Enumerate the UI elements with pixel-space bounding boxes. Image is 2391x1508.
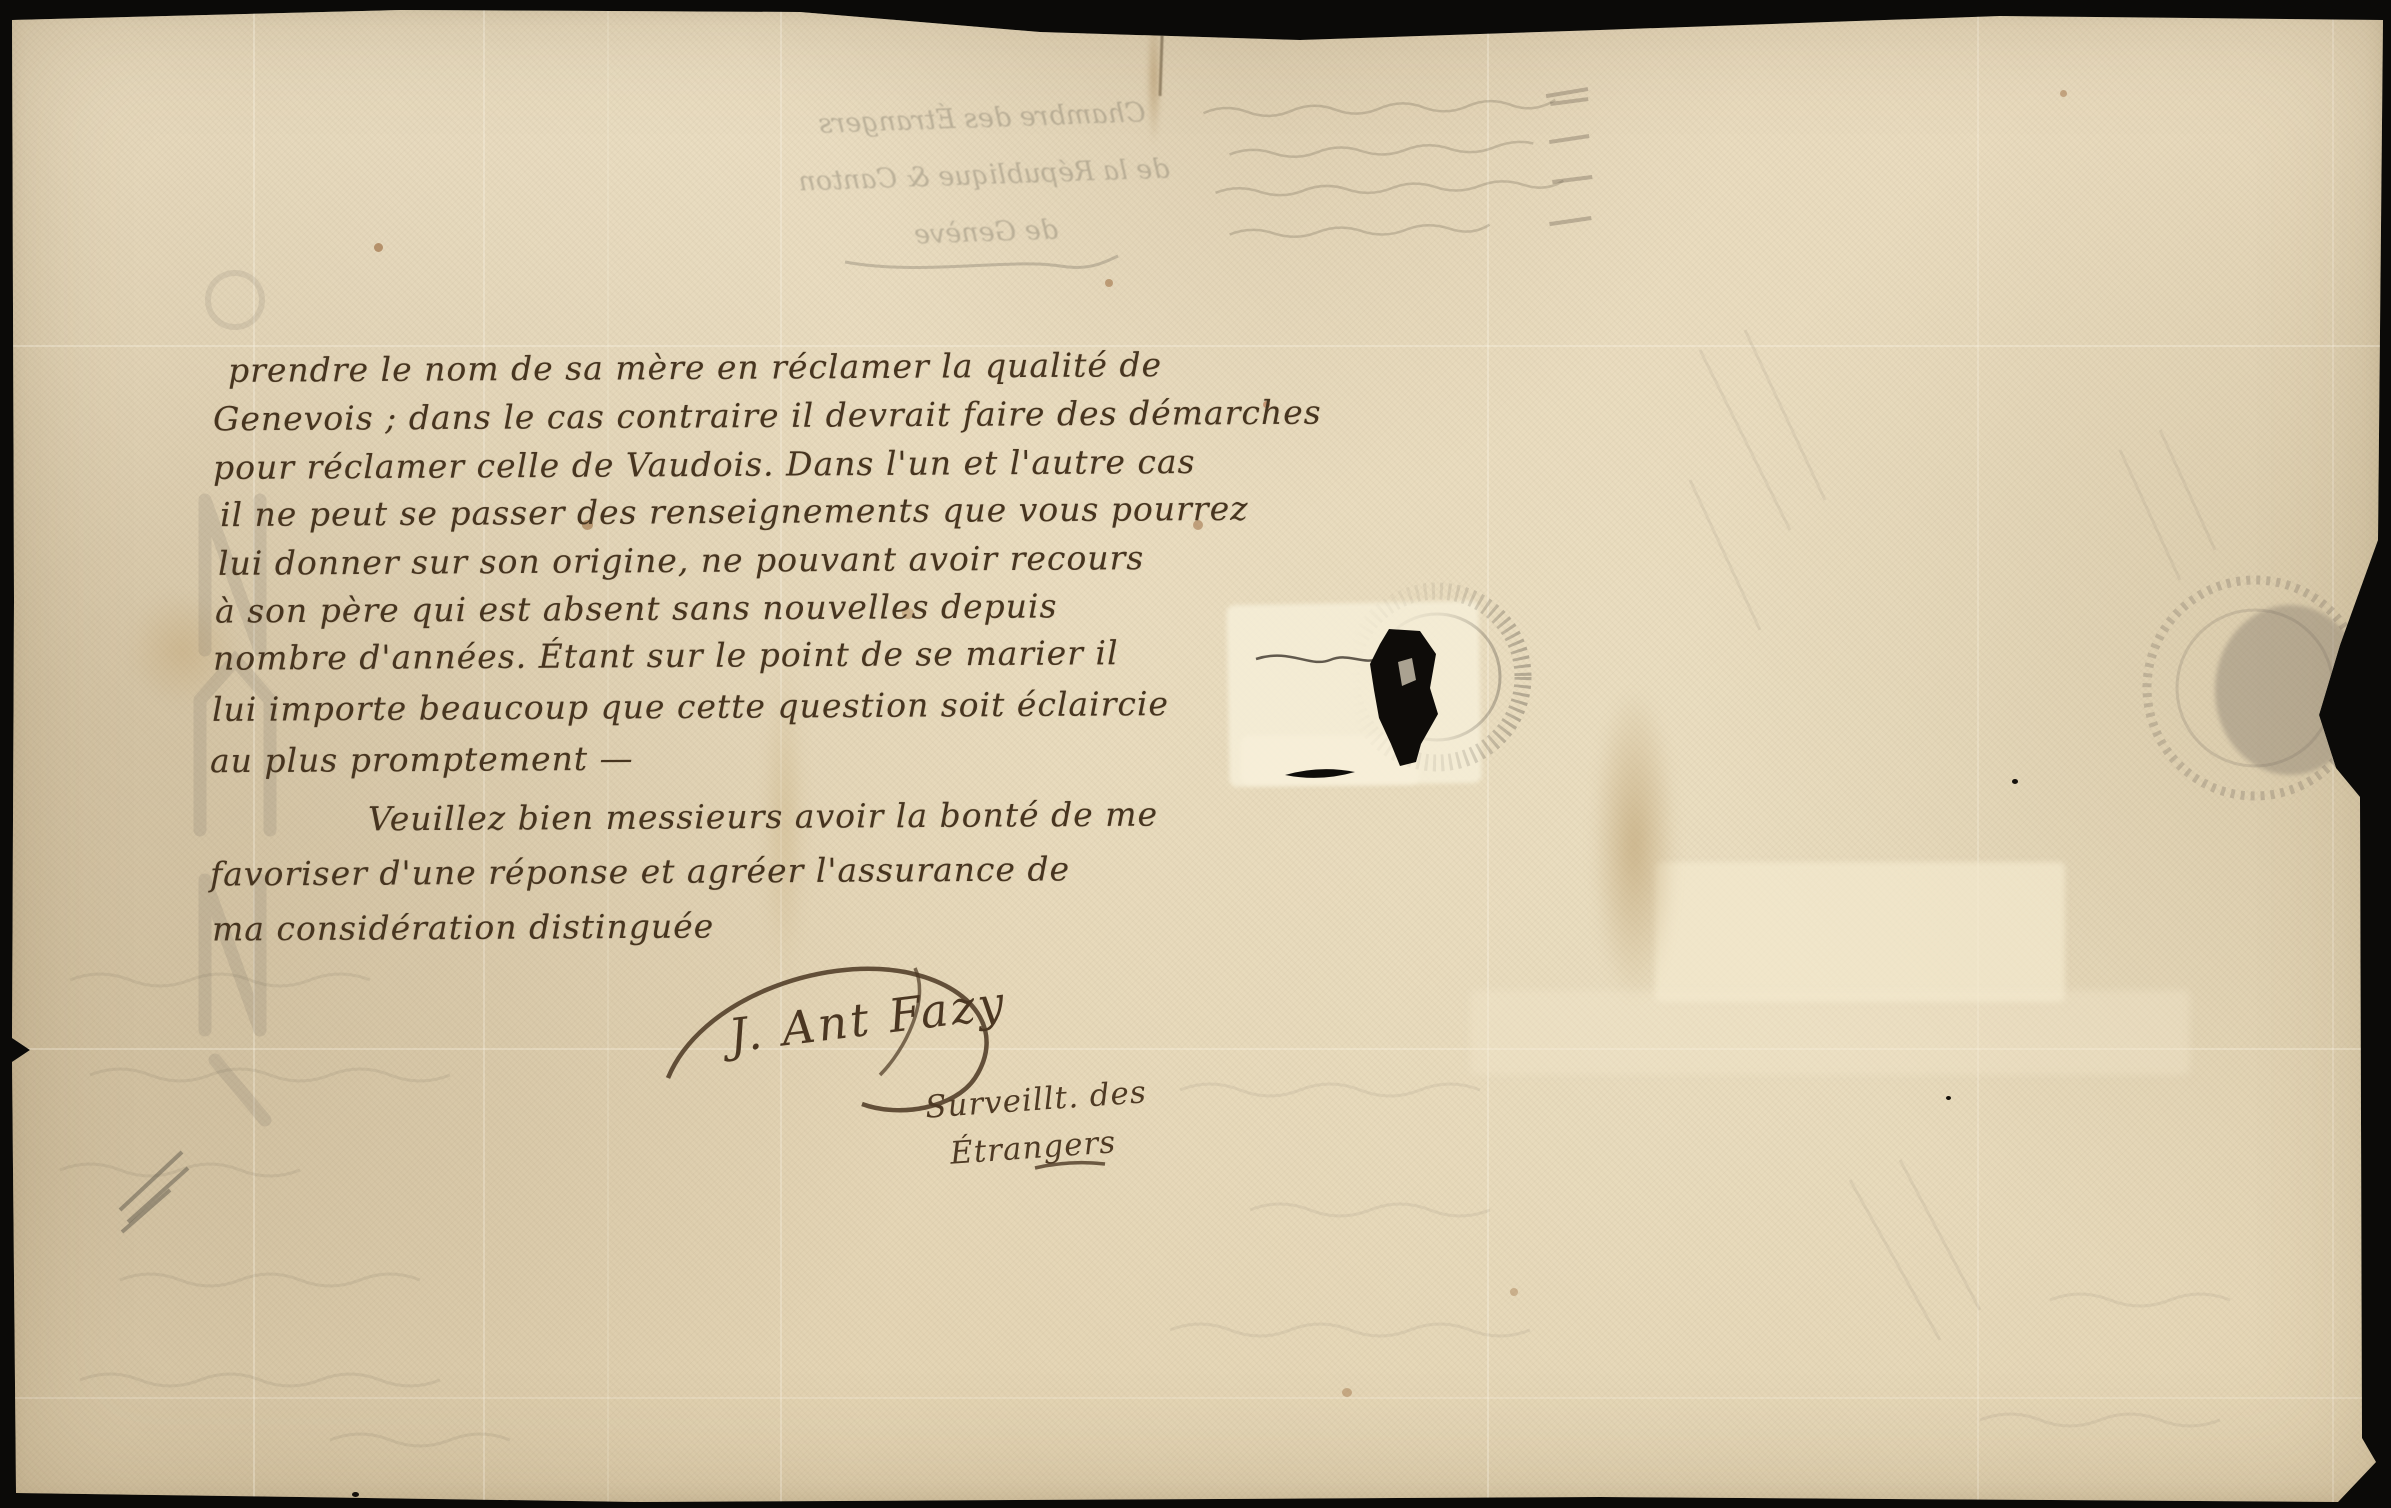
- black-ink-blob: [1370, 629, 1438, 766]
- bleed-scribble-line: [330, 1434, 510, 1446]
- fold-line-horizontal: [0, 345, 2391, 347]
- letter-paper-sheet: Chambre des Étrangers de la République &…: [0, 0, 2391, 1508]
- bleed-dash: [1552, 177, 1592, 182]
- bleed-scribble-line: [1230, 224, 1490, 239]
- pencil-stroke: [128, 1168, 188, 1222]
- bleed-scribble-line: [80, 1374, 440, 1386]
- bleed-scribble-line: [1250, 1204, 1490, 1216]
- fox-spot: [1342, 1388, 1352, 1397]
- bleed-scribble-line: [70, 974, 370, 986]
- bleed-scribble-line: [1229, 142, 1533, 159]
- blob-highlight: [1398, 658, 1416, 686]
- bleed-diagonal: [2120, 430, 2215, 580]
- bleedthrough-docket-lines: [1203, 89, 1594, 239]
- pencil-stroke: [122, 1190, 170, 1232]
- signature-name: J. Ant Fazy: [726, 975, 1010, 1063]
- fold-line-vertical: [1977, 0, 1979, 1508]
- pale-patch: [1240, 735, 1420, 785]
- fold-line-vertical: [1487, 0, 1489, 1508]
- bleed-scribble-line: [1180, 1084, 1480, 1096]
- ink-speck: [1946, 1096, 1951, 1100]
- body-line: Veuillez bien messieurs avoir la bonté d…: [368, 795, 1158, 839]
- bleed-scribble-line: [1203, 99, 1555, 117]
- ink-speck: [2012, 779, 2018, 784]
- body-line: nombre d'années. Étant sur le point de s…: [213, 633, 1119, 678]
- signature-title-line1: Surveillt. des: [924, 1074, 1148, 1125]
- bleed-scribble-line: [1215, 180, 1563, 197]
- bleedthrough-scribbles-right: [1170, 330, 2230, 1426]
- bleedthrough-scribbles-bottom-left: [60, 974, 510, 1446]
- ghost-letter: [215, 1060, 265, 1120]
- ink-speck: [352, 1492, 359, 1497]
- pencil-hatch-marks: [120, 1152, 188, 1232]
- bleed-scribble-line: [90, 1069, 450, 1081]
- fold-line-vertical: [780, 0, 782, 1508]
- ghost-mark: [208, 273, 262, 327]
- bleed-scribble-line: [1170, 1324, 1530, 1336]
- ink-blot-hole: [1256, 629, 1438, 778]
- bleed-scribble-line: [2050, 1294, 2230, 1306]
- pale-band: [1470, 990, 2190, 1075]
- body-line: ma considération distinguée: [212, 906, 714, 948]
- scanned-letter-canvas: Chambre des Étrangers de la République &…: [0, 0, 2391, 1508]
- black-ink-sliver: [1285, 769, 1355, 778]
- seal-ring-inner: [2177, 610, 2333, 766]
- bleed-scribble-line: [1980, 1414, 2220, 1426]
- bleed-dash: [1550, 99, 1588, 104]
- fold-line-horizontal: [0, 1048, 2391, 1050]
- seal-remnant-right-edge: [2147, 580, 2365, 796]
- bleedthrough-letterhead: Chambre des Étrangers de la République &…: [795, 84, 1173, 268]
- wax-residue-blob: [2215, 605, 2365, 775]
- pale-rectangular-patch: [1655, 862, 2065, 1002]
- fold-line-vertical: [2332, 0, 2334, 1508]
- seal-impression-center: [1351, 591, 1523, 763]
- body-line: lui donner sur son origine, ne pouvant a…: [218, 538, 1144, 583]
- body-line: pour réclamer celle de Vaudois. Dans l'u…: [213, 442, 1196, 487]
- body-line: il ne peut se passer des renseignements …: [220, 489, 1249, 534]
- seal-outer-ring: [1351, 591, 1523, 763]
- seal-removed-pale-patch: [1226, 601, 1481, 787]
- bleed-diagonal: [1690, 330, 1825, 630]
- bleed-dash: [1546, 89, 1588, 96]
- signature-title-line2: Étrangers: [949, 1124, 1117, 1172]
- fox-spot: [1510, 1288, 1518, 1296]
- paper-crack-line: [1256, 656, 1381, 662]
- bleed-dash: [1549, 136, 1589, 142]
- fold-line-horizontal: [0, 1397, 2391, 1399]
- body-line: au plus promptement —: [210, 739, 634, 781]
- fox-spot: [2060, 90, 2067, 97]
- body-line: favoriser d'une réponse et agréer l'assu…: [210, 849, 1070, 893]
- bleed-scribble-line: [120, 1274, 420, 1286]
- bleed-dash-marks: [1546, 89, 1593, 224]
- fox-spot: [374, 243, 383, 252]
- fox-spot: [1105, 279, 1113, 287]
- body-line: lui importe beaucoup que cette question …: [212, 684, 1169, 729]
- bleed-dash: [1549, 218, 1591, 224]
- body-line: prendre le nom de sa mère en réclamer la…: [228, 345, 1162, 390]
- bleed-diagonal: [1850, 1160, 1980, 1340]
- body-line: Genevois ; dans le cas contraire il devr…: [213, 393, 1322, 439]
- ghost-letter: [205, 880, 260, 1030]
- pencil-stroke: [120, 1152, 182, 1210]
- seal-ring: [2147, 580, 2363, 796]
- brown-stain-streak: [1592, 690, 1677, 1000]
- body-line: à son père qui est absent sans nouvelles…: [215, 586, 1058, 630]
- bleed-scribble-line: [60, 1164, 300, 1176]
- seal-inner-ring: [1374, 614, 1500, 740]
